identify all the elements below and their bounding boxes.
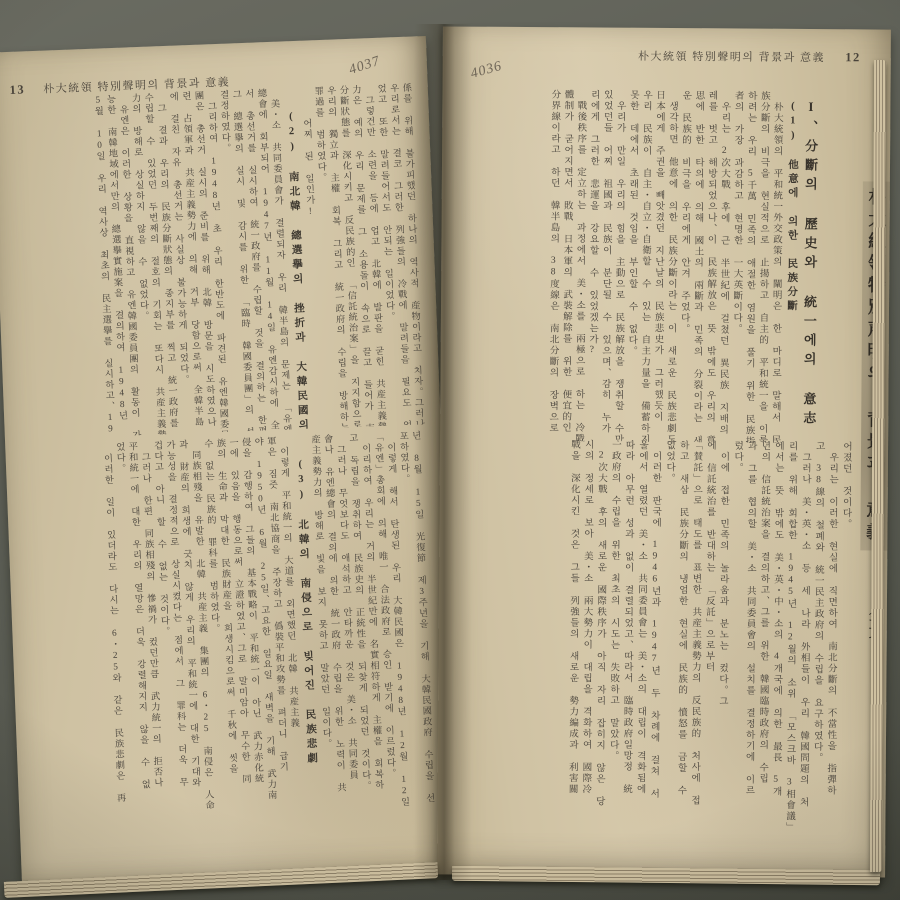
text-column: 렀다。 bbox=[729, 440, 742, 872]
text-column: 있었던들 어찌 祖國과 民族이 분단될 수 있으며、감히 누가 우 bbox=[599, 90, 611, 442]
running-head-title-right: 朴大統領 特別聲明의 背景과 意義 bbox=[638, 51, 825, 64]
text-column: 리에게 그러한 悲運을 강요할 수 있었겠는가? bbox=[586, 89, 598, 441]
stamp-number-right: 4036 bbox=[469, 59, 504, 83]
text-column: 운 民族的 비극을 우리에게 안겨 주었다。 bbox=[677, 90, 689, 442]
text-column: 못한 데에서 초래된 것임을 부인할 수 없다。 bbox=[625, 90, 637, 442]
text-column: 따라 아무런 성과 없이 결렬되었고、따라서 臨時政府일망정 統 bbox=[620, 440, 633, 872]
text-column: 2次大戰 후의 새로운 國際秩序가 아직 자리 잡히지 않은 당 bbox=[593, 440, 606, 872]
text-column: 體制가 굳어지면서 敗戰 日本軍의 武裝解除를 위한 便宜的인 bbox=[560, 89, 572, 441]
text-column: 戰後秩序를 定立하는 과정에서 美・소를 兩極으로 하는 冷戰 bbox=[573, 89, 585, 441]
page-number-left: 13 bbox=[9, 82, 25, 97]
text-column: 우리는 이러한 현실에 직면하여 南北分斷의 不當性을 指彈하 bbox=[824, 441, 837, 873]
text-column: 하고 새삼 民族分斷의 냉엄한 현실에 民族的 憤怒를 금할 수 bbox=[674, 440, 687, 872]
left-page-lower-text: 년 8월 15일 光復節 제3주년을 기해 大韓民國政府 수립을 선포하였다。이… bbox=[98, 430, 437, 820]
text-column: 생각하면 他意에 의한 民族分斷이라는 이 새로운 民族悲劇도 bbox=[664, 90, 676, 442]
text-column: 者의 가장 과감하고 현명한 一大英斷이다。 bbox=[730, 90, 742, 442]
text-column: 년의 信託統治案을 결의하고、그를 위한 韓國臨時政府의 수립 bbox=[756, 441, 769, 873]
text-column: 思에 반한 타의에 의해 國土의 兩斷과 민족의 分裂이라는 새로 bbox=[691, 90, 703, 442]
text-column: 우리가 만일 우리의 힘을 主動으로 民族解放을 쟁취할 수만 bbox=[612, 90, 624, 442]
text-column: 울에서 열렸던 美・소 共同委員會는 美・소의 대립이 격화됨에 bbox=[634, 440, 647, 872]
text-column: 레를 벗고 해방되었으나、이 民族解放은 뜻 밖에도 우리의 意 bbox=[704, 90, 716, 442]
book-photo: 13 朴大統領 特別聲明의 背景과 意義 4037 係를 위해 불가피했던 하나… bbox=[0, 0, 900, 900]
text-column: 이러한 판국에 1946년과 1947년 두 차례에 걸쳐 서 bbox=[647, 440, 660, 872]
text-column: 시의 정세로 보아 美・소 兩大勢力이 대립을 격화하여 國際冷 bbox=[579, 439, 592, 871]
text-column: 日本에게 주권을 빼앗겼던 지난날의 民族悲史가 그러했듯이 bbox=[651, 90, 663, 442]
text-column: 리를 위해 회합한 1945년 12월의 소위 「모스크바 3相會議」 bbox=[783, 441, 796, 873]
text-column: 없었다。 bbox=[661, 440, 674, 872]
right-page: 朴大統領 特別聲明의 背景과 意義 12 4036 朴大統領特別声明의 背景과 … bbox=[437, 26, 891, 877]
text-column: 戰을 深化시킨 것은 그들 列強들의 새로운 勢力編成과 利害關 bbox=[566, 439, 579, 871]
text-column: 하려는 우리 5千萬 민족의 애절한 염원을 풀기 위한 民族指導 bbox=[743, 91, 755, 443]
text-column: 朴大統領의 平和統一外交政策의 闡明은 한 마디로 말해서 民 bbox=[769, 91, 781, 443]
column-heading: (1) 他意에 의한 民族分斷 bbox=[785, 91, 798, 443]
left-page: 13 朴大統領 特別聲明의 背景과 意義 4037 係를 위해 불가피했던 하나… bbox=[0, 36, 458, 888]
text-column: 어졌던 것이다。 bbox=[837, 441, 850, 873]
left-page-upper-text: 係를 위해 불가피했던 하나의 역사적 産物이라고 치자。그러나우리로서는 결코… bbox=[89, 82, 427, 436]
text-column: 우리 民族이 自主・自立・自衛할 수 있는 自主力量을 備蓄하지 bbox=[638, 90, 650, 442]
text-column: 이에 접한 민족의 놀라움과 분노는 컸다。그 bbox=[715, 440, 728, 872]
text-column: 그러나 美・英・소 등 세 나라 外相들이 우리 韓國問題의 처 bbox=[797, 441, 810, 873]
text-column: 一政府의 수립을 위한 최초의 시도는 失敗하고 말았다。 bbox=[606, 440, 619, 872]
text-column: 에서는 뜻 밖에도 美・英・中・소의 4개국에 의한 最長 5개 bbox=[770, 441, 783, 873]
text-column: 우리는 2次大戰 후에 근 半世紀에 걸쳤던 異民族 지배의 굴 bbox=[717, 90, 729, 442]
text-column: 族分斷의 비극을 현실적으로 止揚하고 自主的 平和統一을 이룩 bbox=[756, 91, 768, 443]
page-number-right: 12 bbox=[845, 50, 861, 64]
running-head-right: 朴大統領 特別聲明의 背景과 意義 12 bbox=[638, 48, 861, 66]
text-column: 과 그를 협의할 美・소 共同委員會의 설치를 결정하기에 이르 bbox=[742, 441, 755, 873]
right-page-lower-text: 어졌던 것이다。우리는 이러한 현실에 직면하여 南北分斷의 不當性을 指彈하고… bbox=[562, 439, 855, 873]
text-column: 에 信託統治를 반대하는 「反託」으로부터 bbox=[702, 440, 715, 872]
text-column: 分界線이라고 하던 韓半島의 38度線은 南北分斷의 장벽으로 굳 bbox=[546, 89, 558, 441]
text-column: 고 38線의 철폐와 統一民主政府의 수립을 요구하였다。 bbox=[810, 441, 823, 873]
stamp-number-left: 4037 bbox=[347, 54, 382, 79]
text-column: 「賛託」으로 태도를 표변한 共産主義勢力의 反民族的 처사에 접 bbox=[688, 440, 701, 872]
column-heading: I、分斷의 歷史와 統一에의 意志 bbox=[802, 91, 817, 443]
right-page-upper-text: I、分斷의 歷史와 統一에의 意志(1) 他意에 의한 民族分斷朴大統領의 平和… bbox=[543, 89, 825, 443]
page-edge-stack-right bbox=[452, 866, 880, 885]
